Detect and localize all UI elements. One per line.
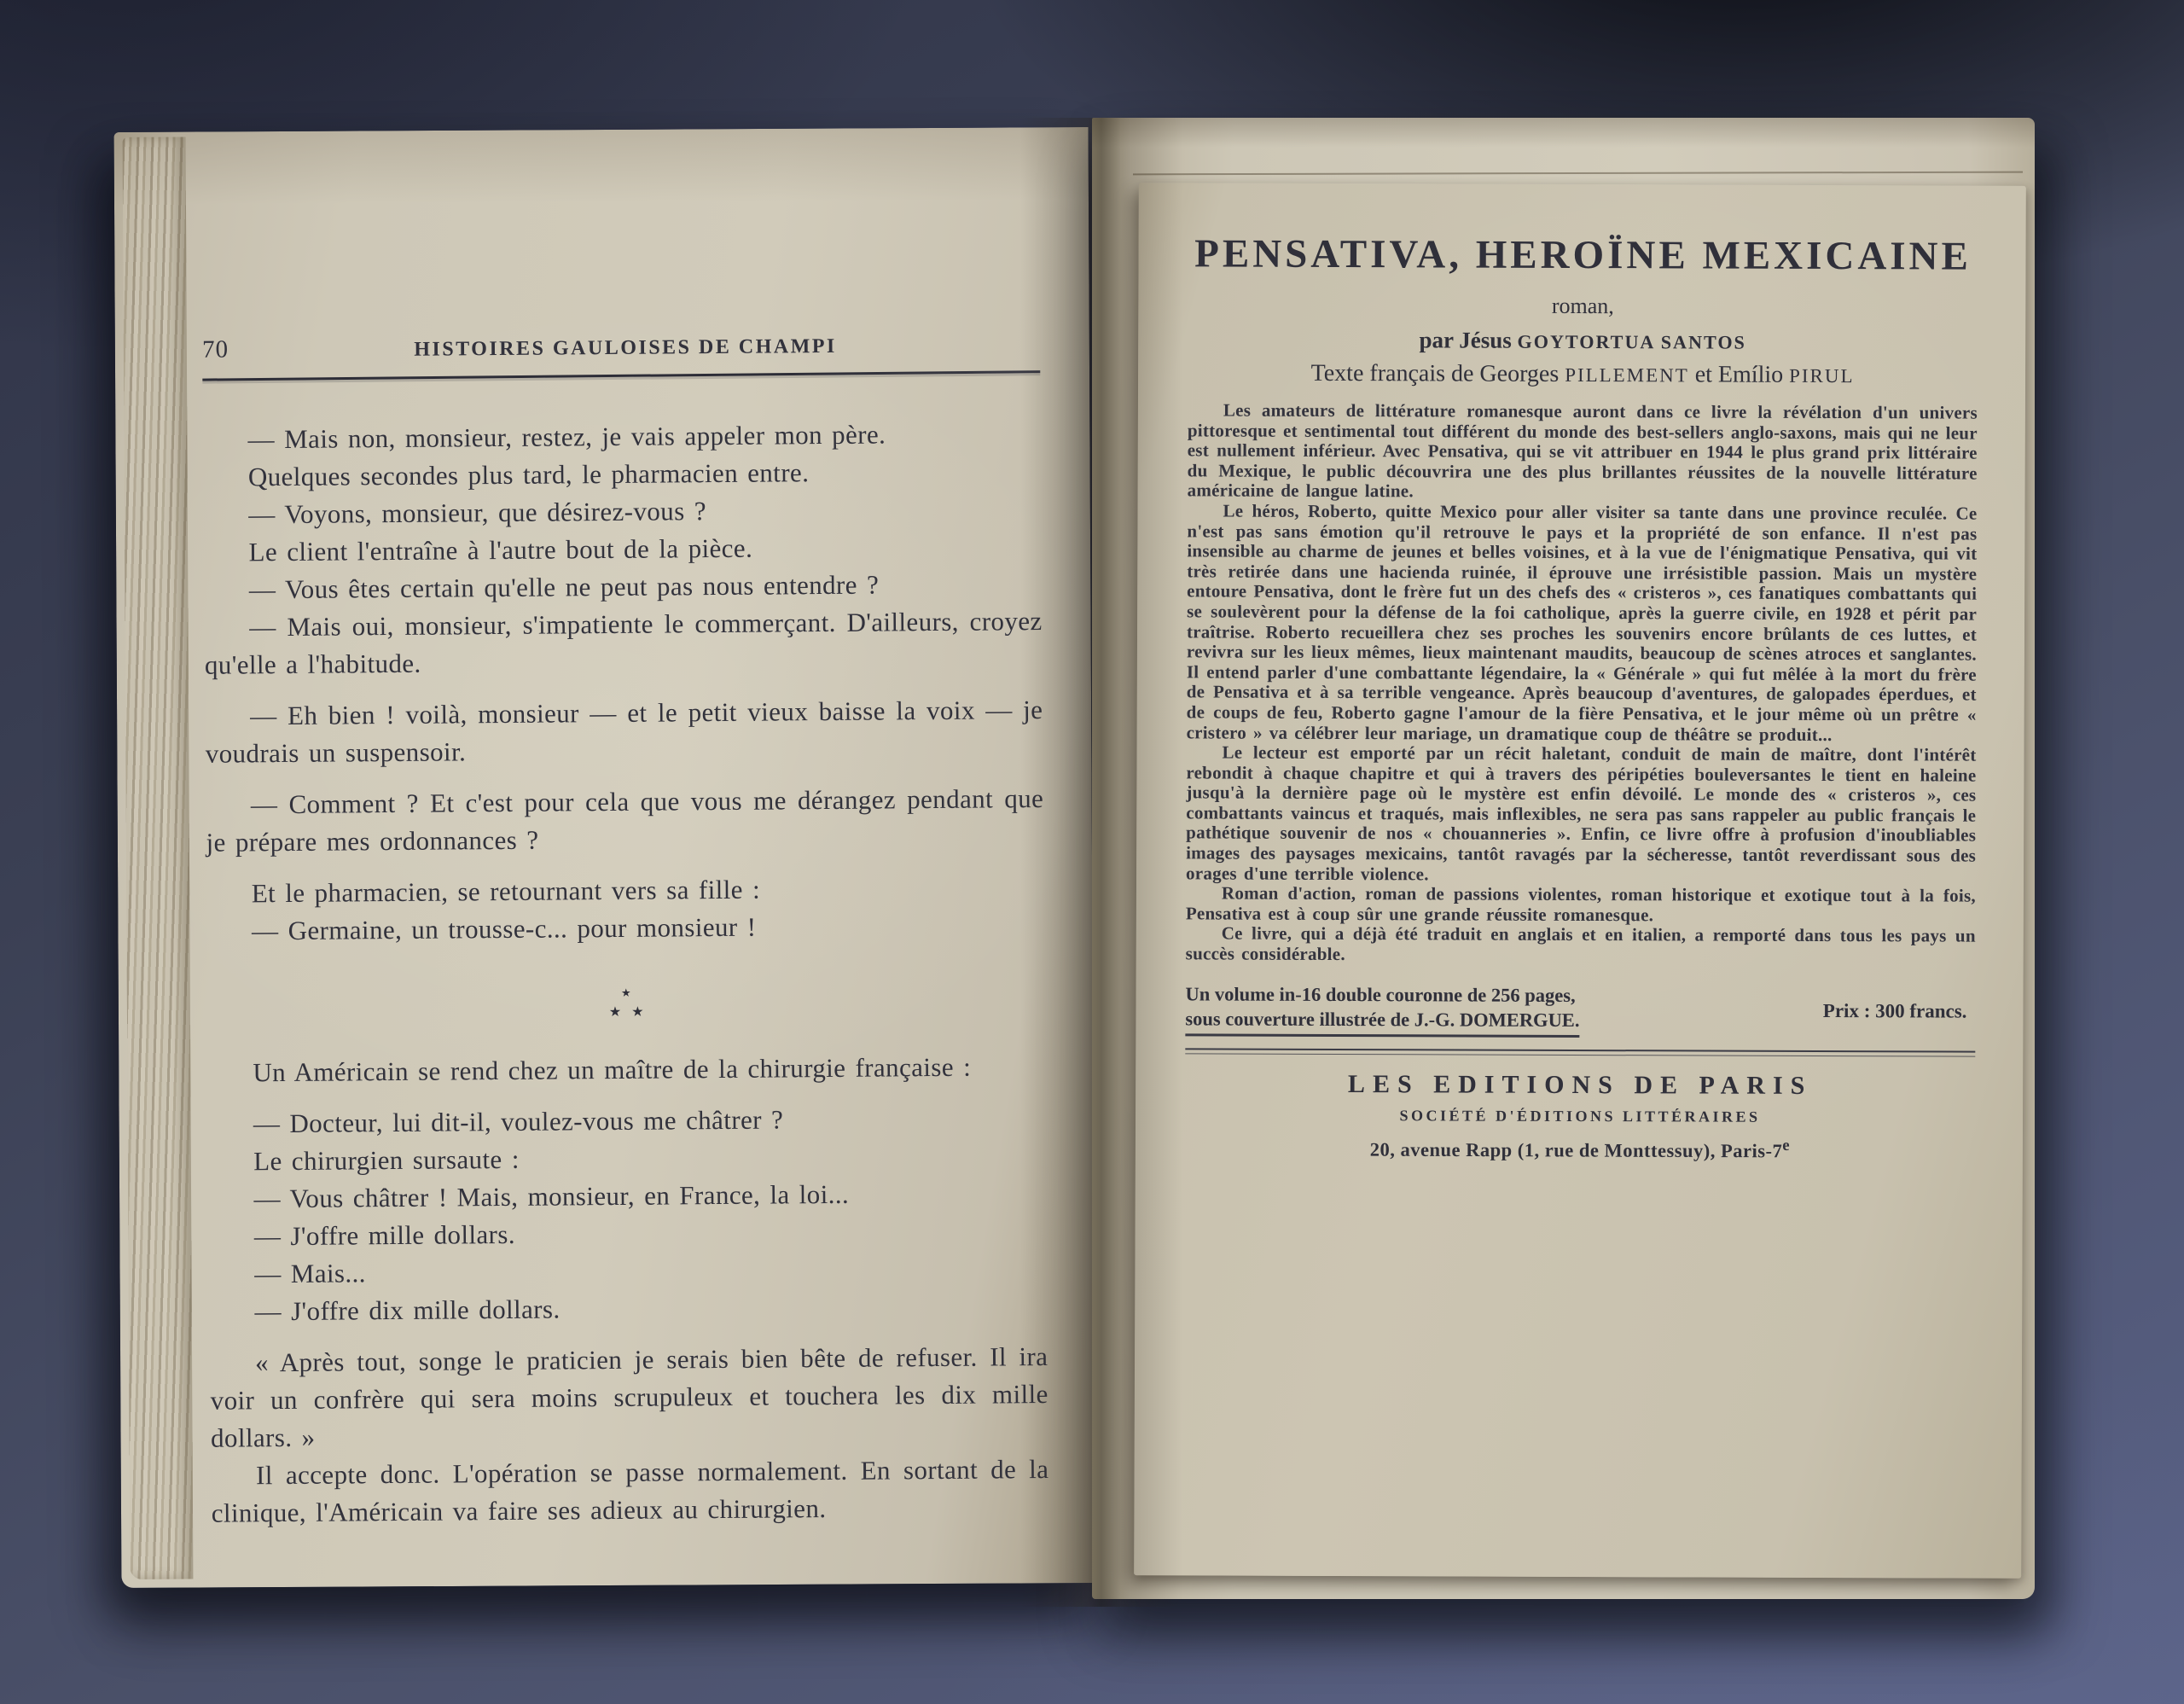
- author-line: par Jésus GOYTORTUA SANTOS: [1188, 326, 1978, 355]
- translator-name: PIRUL: [1789, 365, 1854, 387]
- paragraph: Il accepte donc. L'opération se passe no…: [211, 1451, 1049, 1532]
- paragraph: Ce livre, qui a déjà été traduit en angl…: [1186, 924, 1976, 967]
- author-name: GOYTORTUA SANTOS: [1518, 331, 1746, 353]
- genre-label: roman,: [1188, 292, 1978, 320]
- page-edge-line: [1133, 172, 2023, 176]
- header-rule: [202, 370, 1040, 381]
- paragraph: — Mais...: [209, 1249, 1047, 1294]
- paragraph: Un Américain se rend chez un maître de l…: [208, 1048, 1046, 1092]
- book-ad-title: PENSATIVA, HEROÏNE MEXICAINE: [1188, 230, 1978, 279]
- paragraph: Quelques secondes plus tard, le pharmaci…: [203, 452, 1041, 497]
- translator-text: et Emílio: [1689, 361, 1790, 387]
- open-book: 70 HISTOIRES GAULOISES DE CHAMPI — Mais …: [118, 118, 2035, 1621]
- left-page-text: — Mais non, monsieur, restez, je vais ap…: [203, 415, 1049, 1532]
- edition-line-underlined: sous couverture illustrée de J.-G. DOMER…: [1185, 1006, 1579, 1038]
- paragraph: — Vous châtrer ! Mais, monsieur, en Fran…: [209, 1174, 1047, 1218]
- ad-body-text: Les amateurs de littérature romanesque a…: [1186, 400, 1978, 967]
- colophon: Un volume in-16 double couronne de 256 p…: [1185, 981, 1975, 1038]
- paragraph: — Comment ? Et c'est pour cela que vous …: [206, 780, 1044, 862]
- paragraph: — Vous êtes certain qu'elle ne peut pas …: [204, 565, 1042, 609]
- paragraph: — Voyons, monsieur, que désirez-vous ?: [203, 490, 1041, 534]
- left-page-header: 70 HISTOIRES GAULOISES DE CHAMPI: [202, 329, 1040, 364]
- price-label: Prix : 300 francs.: [1579, 999, 1975, 1023]
- translator-name: PILLEMENT: [1565, 364, 1689, 387]
- photo-backdrop: 70 HISTOIRES GAULOISES DE CHAMPI — Mais …: [0, 0, 2184, 1704]
- paragraph: Les amateurs de littérature romanesque a…: [1188, 400, 1978, 503]
- paragraph: — Mais oui, monsieur, s'impatiente le co…: [204, 602, 1043, 684]
- publisher-block: LES EDITIONS DE PARIS SOCIÉTÉ D'ÉDITIONS…: [1185, 1069, 1975, 1163]
- insert-content: PENSATIVA, HEROÏNE MEXICAINE roman, par …: [1185, 230, 1978, 1162]
- paragraph: Le héros, Roberto, quitte Mexico pour al…: [1187, 501, 1978, 745]
- paragraph: — J'offre dix mille dollars.: [210, 1287, 1048, 1331]
- running-title: HISTOIRES GAULOISES DE CHAMPI: [305, 334, 1040, 363]
- byline-prefix: par Jésus: [1419, 327, 1517, 352]
- publisher-address: 20, avenue Rapp (1, rue de Monttessuy), …: [1185, 1134, 1975, 1163]
- paragraph: Et le pharmacien, se retournant vers sa …: [206, 869, 1044, 913]
- asterism-separator: ★ ★★: [207, 983, 1045, 1022]
- divider-rule: [1185, 1048, 1975, 1056]
- address-superscript: e: [1782, 1136, 1790, 1154]
- star-icon: ★: [207, 983, 1045, 1004]
- paragraph: Le client l'entraîne à l'autre bout de l…: [204, 527, 1042, 572]
- paragraph: — Docteur, lui dit-il, voulez-vous me ch…: [208, 1099, 1046, 1143]
- paragraph: — Mais non, monsieur, restez, je vais ap…: [203, 415, 1041, 459]
- publisher-insert-card: PENSATIVA, HEROÏNE MEXICAINE roman, par …: [1134, 183, 2026, 1579]
- edition-line: Un volume in-16 double couronne de 256 p…: [1185, 981, 1579, 1008]
- edition-details: Un volume in-16 double couronne de 256 p…: [1185, 981, 1579, 1038]
- paragraph: « Après tout, songe le praticien je sera…: [210, 1338, 1048, 1457]
- paragraph: — J'offre mille dollars.: [209, 1212, 1047, 1256]
- translator-text: Texte français de Georges: [1311, 360, 1565, 387]
- right-page: PENSATIVA, HEROÏNE MEXICAINE roman, par …: [1092, 118, 2035, 1599]
- left-page: 70 HISTOIRES GAULOISES DE CHAMPI — Mais …: [114, 127, 1096, 1588]
- paragraph: Roman d'action, roman de passions violen…: [1186, 884, 1976, 927]
- publisher-name: LES EDITIONS DE PARIS: [1185, 1069, 1975, 1101]
- paragraph: — Eh bien ! voilà, monsieur — et le peti…: [205, 691, 1043, 773]
- paragraph: Le lecteur est emporté par un récit hale…: [1186, 742, 1977, 886]
- translator-line: Texte français de Georges PILLEMENT et E…: [1188, 359, 1978, 389]
- publisher-subtitle: SOCIÉTÉ D'ÉDITIONS LITTÉRAIRES: [1185, 1106, 1975, 1126]
- address-text: 20, avenue Rapp (1, rue de Monttessuy), …: [1370, 1138, 1783, 1161]
- star-icon: ★★: [599, 1004, 654, 1020]
- page-number: 70: [202, 335, 305, 364]
- left-page-content: 70 HISTOIRES GAULOISES DE CHAMPI — Mais …: [202, 329, 1049, 1555]
- paragraph: — Germaine, un trousse-c... pour monsieu…: [206, 906, 1044, 951]
- paragraph: Le chirurgien sursaute :: [208, 1137, 1046, 1181]
